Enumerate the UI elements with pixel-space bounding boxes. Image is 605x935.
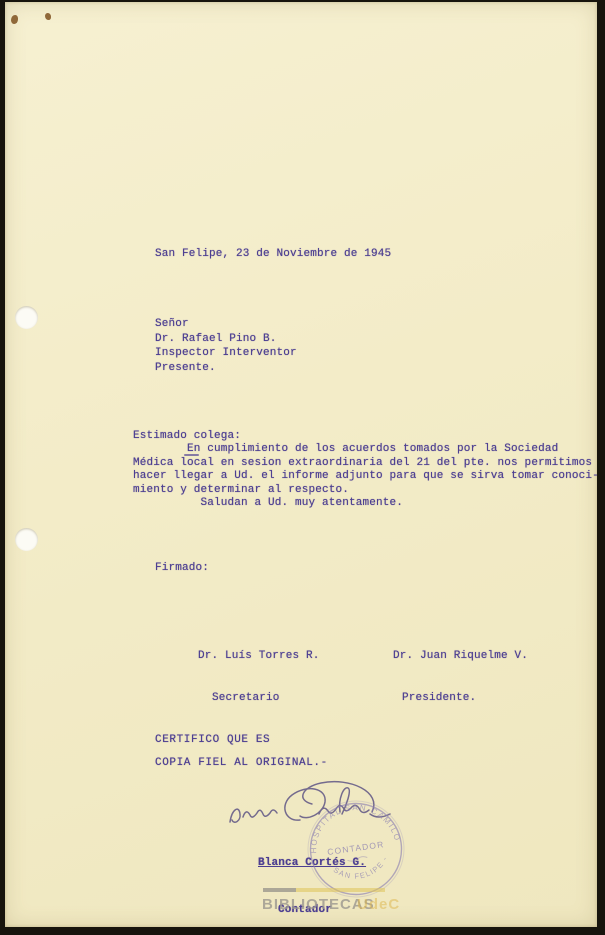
signatory-name: Dr. Juan Riquelme V. [393,649,528,663]
stamp-center-text: CONTADOR [327,839,385,857]
signed-label: Firmado: [155,562,209,575]
signatory-title: Presidente. [402,691,528,705]
recipient-block: Señor Dr. Rafael Pino B. Inspector Inter… [155,317,297,375]
punch-hole [15,528,38,551]
round-stamp: HOSPITAL SAN CAMILO - SAN FELIPE - CONTA… [306,799,406,899]
signatory-title: Secretario [212,691,320,705]
punch-hole [15,306,38,329]
watermark-bar-gray [263,888,296,892]
date-line: San Felipe, 23 de Noviembre de 1945 [155,248,391,261]
signatory-president: Dr. Juan Riquelme V. Presidente. [393,621,528,719]
rust-spot [45,13,51,20]
letter-body: Estimado colega: En cumplimiento de los … [133,430,599,510]
signatory-secretary: Dr. Luís Torres R. Secretario [198,621,320,719]
scanned-letter-page: { "document": { "date_line": "San Felipe… [0,0,605,935]
signatory-name: Dr. Luís Torres R. [198,649,320,663]
watermark-bar-yellow [296,888,385,892]
watermark-org-text: UdeC [357,896,400,913]
certification-statement: CERTIFICO QUE ES COPIA FIEL AL ORIGINAL.… [155,729,328,775]
underline-ink-mark [184,454,199,456]
